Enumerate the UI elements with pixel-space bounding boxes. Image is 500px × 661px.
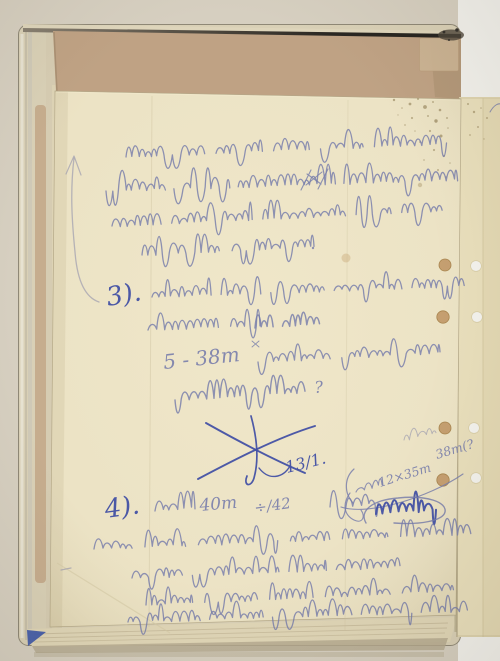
tape-patch — [420, 38, 459, 71]
handwriting-token-item4: 4). — [102, 490, 142, 525]
smudge-speck — [455, 28, 459, 32]
paper-spot — [342, 254, 351, 263]
punch-hole-white — [472, 312, 483, 323]
smudge-speck — [448, 39, 450, 41]
paper-spot — [418, 183, 422, 187]
period-dot — [312, 247, 314, 249]
smudge-speck — [443, 31, 446, 34]
handwriting-token-40m: 40m — [198, 493, 238, 516]
right-backing-strip — [457, 97, 500, 637]
punch-hole-tan — [437, 311, 449, 323]
ground-shadow — [34, 652, 444, 657]
punch-hole-white — [471, 473, 482, 484]
spine-tan-stripe — [35, 105, 46, 583]
punch-hole-tan — [439, 422, 451, 434]
punch-hole-white — [469, 423, 480, 434]
dark-smudge — [438, 30, 464, 41]
punch-hole-white — [471, 261, 482, 272]
punch-hole-tan — [439, 259, 451, 271]
scanned-document-photo: 3). 5 - 38m ? 13/1. 12×35m 38m(? — [0, 0, 500, 661]
scan-artwork: 3). 5 - 38m ? 13/1. 12×35m 38m(? — [0, 0, 500, 661]
kraft-backing-sheet — [53, 31, 461, 100]
punch-hole-tan — [437, 474, 449, 486]
strip-sub-band — [483, 98, 500, 637]
handwriting-token-item3: 3). — [104, 277, 144, 313]
